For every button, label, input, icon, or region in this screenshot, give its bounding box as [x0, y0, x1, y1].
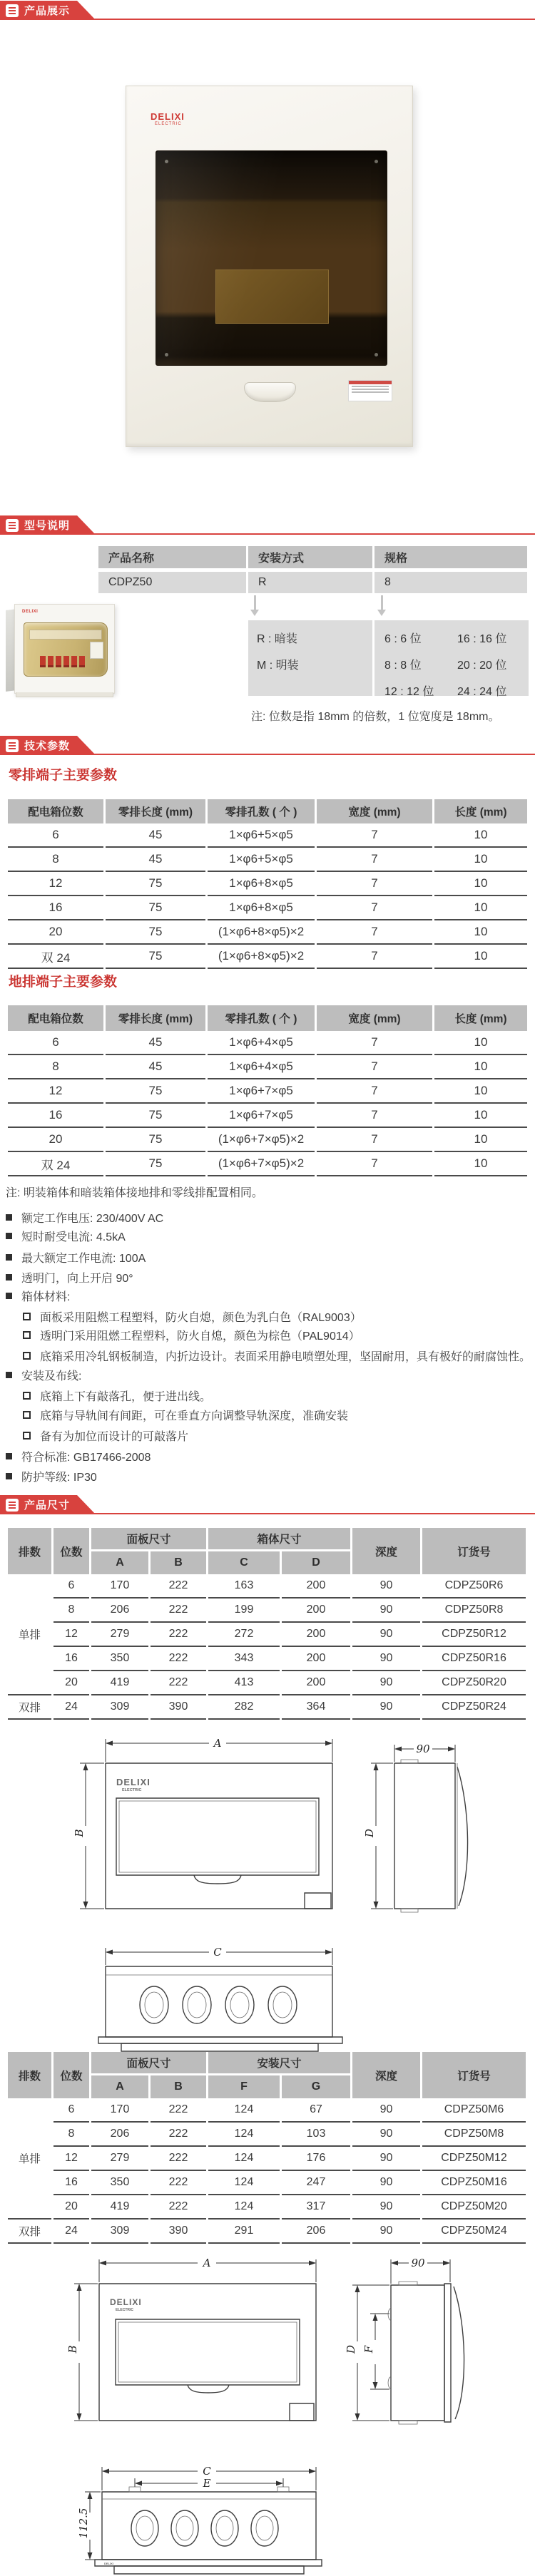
- cell: 7: [317, 1055, 432, 1079]
- list-item-text: 透明门，向上开启 90°: [21, 1269, 133, 1286]
- ground-bar-title: 地排端子主要参数: [9, 971, 117, 990]
- door-handle: [188, 2385, 229, 2393]
- cell: 1×φ6+7×φ5: [208, 1104, 315, 1128]
- table-row: 6451×φ6+5×φ5710: [8, 823, 527, 848]
- cell: 1×φ6+8×φ5: [208, 896, 315, 920]
- cell: 12: [8, 1079, 103, 1104]
- option: 6 : 6 位: [384, 630, 422, 646]
- cell: 103: [282, 2123, 350, 2147]
- cell: (1×φ6+8×φ5)×2: [208, 920, 315, 945]
- table-row: 12751×φ6+7×φ5710: [8, 1079, 527, 1104]
- table-header-row: 产品名称 安装方式 规格: [98, 546, 527, 568]
- cell: CDPZ50M12: [422, 2147, 526, 2171]
- cell: 7: [317, 848, 432, 872]
- table-row: 6451×φ6+4×φ5710: [8, 1031, 527, 1055]
- table-row: 1227922227220090CDPZ50R12: [8, 1623, 526, 1647]
- table-row: 1635022212424790CDPZ50M16: [8, 2171, 526, 2195]
- cell: 222: [151, 2098, 206, 2123]
- door-handle: [194, 1875, 241, 1884]
- brand-logo: DELIXI: [104, 2562, 113, 2565]
- section-header-product-display: 产品展示: [0, 1, 96, 20]
- cell: CDPZ50R8: [422, 1599, 526, 1623]
- model-code-table: 产品名称 安装方式 规格 CDPZ50 R 8: [98, 546, 527, 593]
- option: R : 暗装: [257, 630, 297, 646]
- cell: 10: [434, 1152, 527, 1176]
- cell: 10: [434, 945, 527, 969]
- cell: 206: [282, 2220, 350, 2244]
- option: 16 : 16 位: [457, 630, 506, 646]
- cell: CDPZ50R12: [422, 1623, 526, 1647]
- spec-sticker: [348, 380, 392, 401]
- cell: 413: [208, 1671, 280, 1695]
- list-item-text: 透明门采用阻燃工程塑料，防火自熄，颜色为棕色（PAL9014）: [40, 1327, 360, 1343]
- table-row: CDPZ50 R 8: [98, 572, 527, 593]
- cell: 8: [8, 1055, 103, 1079]
- cell: 20: [53, 1671, 89, 1695]
- header-cell: 位数: [53, 1528, 89, 1574]
- table-row: 820622219920090CDPZ50R8: [8, 1599, 526, 1623]
- cell: 10: [434, 1128, 527, 1152]
- cell: 20: [8, 920, 103, 945]
- header-cell: A: [91, 2075, 148, 2098]
- door-profile-curve: [457, 1767, 468, 1906]
- cell: 7: [317, 1128, 432, 1152]
- cell: CDPZ50M8: [422, 2123, 526, 2147]
- cell: 124: [208, 2171, 280, 2195]
- knockout-hole: [131, 2510, 158, 2546]
- cell: 282: [208, 1695, 280, 1720]
- list-item: 符合标准: GB17466-2008: [6, 1449, 151, 1463]
- square-bullet-icon: [6, 1233, 12, 1239]
- header-cell: C: [208, 1551, 280, 1574]
- cell: 10: [434, 1079, 527, 1104]
- header-cell: 深度: [352, 2052, 420, 2098]
- cell: 12: [8, 872, 103, 896]
- cell: CDPZ50R20: [422, 1671, 526, 1695]
- table-row: 12751×φ6+8×φ5710: [8, 872, 527, 896]
- cell: 12: [53, 1623, 89, 1647]
- cell: 10: [434, 920, 527, 945]
- section-header-dimensions: 产品尺寸: [0, 1495, 96, 1514]
- table-row: 双排2430939028236490CDPZ50R24: [8, 1695, 526, 1720]
- sub-list-item: 底箱与导轨间有间距，可在垂直方向调整导轨深度，准确安装: [23, 1407, 348, 1422]
- zero-bar-title: 零排端子主要参数: [9, 764, 117, 784]
- cell: 222: [151, 2123, 206, 2147]
- option: 8 : 8 位: [384, 656, 422, 672]
- tinted-cover: [24, 622, 108, 677]
- cell: 10: [434, 1031, 527, 1055]
- cell: 24: [53, 2220, 89, 2244]
- table-header-row: 配电箱位数 零排长度 (mm) 零排孔数 ( 个 ) 宽度 (mm) 长度 (m…: [8, 799, 527, 823]
- header-cell: 长度 (mm): [434, 799, 527, 823]
- cell: 279: [91, 1623, 148, 1647]
- cell: 170: [91, 1574, 148, 1599]
- brand-logo-sub: ELECTRIC: [122, 1788, 142, 1792]
- header-cell: 箱体尺寸: [208, 1528, 350, 1551]
- header-cell: G: [282, 2075, 350, 2098]
- section-header-tech-params: 技术参数: [0, 736, 96, 755]
- cell: 7: [317, 896, 432, 920]
- cell: 247: [282, 2171, 350, 2195]
- cell: 7: [317, 1031, 432, 1055]
- document-icon: [6, 739, 19, 752]
- cell: CDPZ50R6: [422, 1574, 526, 1599]
- header-cell: A: [91, 1551, 148, 1574]
- hollow-square-bullet-icon: [23, 1411, 31, 1419]
- cell: 124: [208, 2123, 280, 2147]
- product-detail-page: 产品展示 DELIXI ELECTRIC 型号说明 产品名称 安装方式 规格 C…: [0, 0, 535, 2576]
- cell: 75: [106, 1079, 205, 1104]
- cell: 16: [8, 896, 103, 920]
- cell: 364: [282, 1695, 350, 1720]
- zero-bar-table: 配电箱位数 零排长度 (mm) 零排孔数 ( 个 ) 宽度 (mm) 长度 (m…: [6, 799, 529, 969]
- row-group-label: 双排: [8, 1695, 51, 1720]
- hollow-square-bullet-icon: [23, 1313, 31, 1320]
- list-item: 箱体材料:: [6, 1288, 70, 1303]
- cell: 6: [53, 1574, 89, 1599]
- cell: 90: [352, 2147, 420, 2171]
- sub-list-item: 面板采用阻燃工程塑料，防火自熄，颜色为乳白色（RAL9003）: [23, 1309, 362, 1323]
- sub-list-item: 透明门采用阻燃工程塑料，防火自熄，颜色为棕色（PAL9014）: [23, 1328, 360, 1342]
- cell: CDPZ50M24: [422, 2220, 526, 2244]
- sticker: [90, 642, 103, 659]
- cell: 222: [151, 1574, 206, 1599]
- list-item-text: 额定工作电压: 230/400V AC: [21, 1209, 163, 1226]
- cell: 20: [53, 2195, 89, 2220]
- section-title: 技术参数: [24, 738, 70, 753]
- dim-label-b: B: [73, 1829, 86, 1837]
- cell: 7: [317, 1152, 432, 1176]
- table-header-row: 排数 位数 面板尺寸 安装尺寸 深度 订货号: [8, 2052, 526, 2075]
- cell: 350: [91, 1647, 148, 1671]
- header-cell: 规格: [374, 546, 527, 568]
- header-cell: 零排孔数 ( 个 ): [208, 1005, 315, 1031]
- dim-label-height: 112.5: [77, 2508, 90, 2539]
- cell: 291: [208, 2220, 280, 2244]
- brand-logo-sub: ELECTRIC: [116, 2308, 133, 2312]
- cell: 200: [282, 1647, 350, 1671]
- corner-box: [290, 2403, 314, 2421]
- cell: 279: [91, 2147, 148, 2171]
- knockout-hole: [251, 2510, 278, 2546]
- cell: 222: [151, 2171, 206, 2195]
- table-row: 8451×φ6+4×φ5710: [8, 1055, 527, 1079]
- cell: 390: [151, 1695, 206, 1720]
- square-bullet-icon: [6, 1453, 12, 1459]
- option: 24 : 24 位: [457, 682, 506, 699]
- list-item-text: 底箱与导轨间有间距，可在垂直方向调整导轨深度，准确安装: [40, 1407, 348, 1423]
- list-item-text: 箱体材料:: [21, 1288, 70, 1304]
- section-title: 产品尺寸: [24, 1497, 70, 1512]
- header-cell: 长度 (mm): [434, 1005, 527, 1031]
- cell: 8: [53, 1599, 89, 1623]
- list-item-text: 防护等级: IP30: [21, 1468, 97, 1484]
- header-cell: 零排长度 (mm): [106, 1005, 205, 1031]
- header-cell: 配电箱位数: [8, 1005, 103, 1031]
- cell-product-name: CDPZ50: [98, 572, 246, 593]
- hollow-square-bullet-icon: [23, 1331, 31, 1339]
- cell: 222: [151, 2195, 206, 2220]
- model-note: 注: 位数是指 18mm 的倍数，1 位宽度是 18mm。: [251, 707, 499, 724]
- cell: 10: [434, 1104, 527, 1128]
- cell: 200: [282, 1574, 350, 1599]
- table-row: 2041922241320090CDPZ50R20: [8, 1671, 526, 1695]
- cell: 206: [91, 1599, 148, 1623]
- cell: (1×φ6+8×φ5)×2: [208, 945, 315, 969]
- mounting-tab: [129, 2487, 141, 2492]
- cell: 45: [106, 1055, 205, 1079]
- cell: 7: [317, 945, 432, 969]
- cell: 10: [434, 896, 527, 920]
- cell: 75: [106, 1128, 205, 1152]
- header-cell: B: [151, 1551, 206, 1574]
- dim-label-c: C: [203, 2465, 211, 2478]
- cell: 1×φ6+7×φ5: [208, 1079, 315, 1104]
- table-row: 16751×φ6+8×φ5710: [8, 896, 527, 920]
- technical-drawing-surface: A B DELIXI ELECTRIC 90 D F: [0, 2255, 535, 2576]
- cell: 206: [91, 2123, 148, 2147]
- dim-label-a: A: [202, 2257, 211, 2269]
- dim-label-depth: 90: [416, 1743, 430, 1755]
- box-bottom-lip: [16, 692, 113, 697]
- option: M : 明装: [257, 656, 299, 672]
- header-cell: 宽度 (mm): [317, 799, 432, 823]
- cell: 1×φ6+5×φ5: [208, 848, 315, 872]
- cell: 75: [106, 896, 205, 920]
- list-item-text: 备有为加位而设计的可敲落片: [40, 1427, 188, 1444]
- knockout-hole: [211, 2510, 238, 2546]
- cell: 16: [8, 1104, 103, 1128]
- smoked-transparent-door: [156, 150, 387, 366]
- square-bullet-icon: [6, 1254, 12, 1261]
- cell: 90: [352, 1647, 420, 1671]
- dim-label-d: D: [345, 2345, 357, 2354]
- cell: 200: [282, 1623, 350, 1647]
- row-group-label: 双排: [8, 2220, 51, 2244]
- side-view: 90 D: [363, 1743, 468, 1912]
- cell: 45: [106, 848, 205, 872]
- cell: 200: [282, 1671, 350, 1695]
- hollow-square-bullet-icon: [23, 1392, 31, 1400]
- section-title: 产品展示: [24, 3, 70, 18]
- header-cell: 排数: [8, 1528, 51, 1574]
- table-row: 16751×φ6+7×φ5710: [8, 1104, 527, 1128]
- cell: 309: [91, 1695, 148, 1720]
- corner-box: [305, 1893, 331, 1909]
- header-cell: 零排孔数 ( 个 ): [208, 799, 315, 823]
- list-item-text: 底箱上下有敲落孔，便于进出线。: [40, 1387, 211, 1404]
- table-header-row: 排数 位数 面板尺寸 箱体尺寸 深度 订货号: [8, 1528, 526, 1551]
- cell: 90: [352, 2195, 420, 2220]
- row-group-label: 单排: [8, 2098, 51, 2220]
- cell: 10: [434, 823, 527, 848]
- cell: 309: [91, 2220, 148, 2244]
- header-cell: 安装方式: [248, 546, 372, 568]
- cell: 6: [8, 1031, 103, 1055]
- cell: 390: [151, 2220, 206, 2244]
- cell: 90: [352, 1695, 420, 1720]
- table-row: 2075(1×φ6+8×φ5)×2710: [8, 920, 527, 945]
- cell: CDPZ50R16: [422, 1647, 526, 1671]
- cell: 90: [352, 1623, 420, 1647]
- mounting-tab: [277, 2487, 289, 2492]
- door-profile-curve: [454, 2287, 464, 2419]
- cell: 10: [434, 872, 527, 896]
- install-type-options: R : 暗装 M : 明装: [248, 620, 372, 696]
- square-bullet-icon: [6, 1473, 12, 1479]
- table-row: 8451×φ6+5×φ5710: [8, 848, 527, 872]
- sub-list-item: 底箱上下有敲落孔，便于进出线。: [23, 1388, 211, 1402]
- list-item-text: 最大额定工作电流: 100A: [21, 1249, 146, 1266]
- header-cell: 位数: [53, 2052, 89, 2098]
- header-cell: 配电箱位数: [8, 799, 103, 823]
- cell: 124: [208, 2147, 280, 2171]
- table-row: 双排2430939029120690CDPZ50M24: [8, 2220, 526, 2244]
- header-cell: 面板尺寸: [91, 2052, 206, 2075]
- cell: 90: [352, 2171, 420, 2195]
- header-cell: D: [282, 1551, 350, 1574]
- breaker-row: [40, 656, 85, 667]
- list-item-text: 短时耐受电流: 4.5kA: [21, 1228, 126, 1244]
- header-cell: 深度: [352, 1528, 420, 1574]
- brand-logo: DELIXI: [22, 610, 38, 614]
- header-cell: 零排长度 (mm): [106, 799, 205, 823]
- tech-note: 注: 明装箱体和暗装箱体接地排和零线排配置相同。: [6, 1184, 263, 1200]
- cell: 16: [53, 1647, 89, 1671]
- table-row: 双 2475(1×φ6+8×φ5)×2710: [8, 945, 527, 969]
- dim-label-depth: 90: [411, 2257, 425, 2269]
- product-photo: DELIXI ELECTRIC: [126, 86, 413, 447]
- cell: 16: [53, 2171, 89, 2195]
- dim-label-a: A: [213, 1737, 222, 1750]
- dim-label-d: D: [363, 1829, 376, 1838]
- brand-logo: DELIXI: [110, 2297, 142, 2307]
- cell: CDPZ50M20: [422, 2195, 526, 2220]
- cell: 双 24: [8, 945, 103, 969]
- cell: 1×φ6+4×φ5: [208, 1031, 315, 1055]
- list-item: 透明门，向上开启 90°: [6, 1270, 133, 1284]
- side-view: 90 D F: [345, 2257, 464, 2424]
- table-row: 单排61702221246790CDPZ50M6: [8, 2098, 526, 2123]
- table-row: 单排617022216320090CDPZ50R6: [8, 1574, 526, 1599]
- cell: CDPZ50M6: [422, 2098, 526, 2123]
- header-cell: 宽度 (mm): [317, 1005, 432, 1031]
- list-item-text: 底箱采用冷轧钢板制造，内折边设计。表面采用静电喷塑处理，坚固耐用，具有极好的耐腐…: [40, 1348, 531, 1364]
- door-window: [215, 270, 329, 324]
- square-bullet-icon: [6, 1293, 12, 1299]
- cell: 124: [208, 2098, 280, 2123]
- cell: 双 24: [8, 1152, 103, 1176]
- cell: 12: [53, 2147, 89, 2171]
- brand-logo: DELIXI: [116, 1777, 151, 1787]
- cell: 176: [282, 2147, 350, 2171]
- cell: 1×φ6+4×φ5: [208, 1055, 315, 1079]
- document-icon: [6, 519, 19, 532]
- cell: 222: [151, 1623, 206, 1647]
- cell: 317: [282, 2195, 350, 2220]
- product-thumbnail: DELIXI: [6, 604, 114, 701]
- header-cell: F: [208, 2075, 280, 2098]
- cell: 75: [106, 945, 205, 969]
- dim-label-b: B: [66, 2345, 79, 2354]
- box-front-face: DELIXI: [14, 604, 115, 694]
- down-arrow-icon: [381, 595, 383, 610]
- cell: 45: [106, 1031, 205, 1055]
- cell: CDPZ50R24: [422, 1695, 526, 1720]
- cell: 90: [352, 2220, 420, 2244]
- cell: 8: [8, 848, 103, 872]
- cell: 24: [53, 1695, 89, 1720]
- dim-label-f: F: [362, 2345, 375, 2354]
- cell: 7: [317, 1104, 432, 1128]
- cell: 90: [352, 2123, 420, 2147]
- list-item: 短时耐受电流: 4.5kA: [6, 1228, 126, 1243]
- cell: CDPZ50M16: [422, 2171, 526, 2195]
- technical-drawing-flush: A B DELIXI ELECTRIC 90 D: [0, 1733, 535, 2053]
- header-cell: 产品名称: [98, 546, 246, 568]
- section-title: 型号说明: [24, 518, 70, 533]
- sub-list-item: 底箱采用冷轧钢板制造，内折边设计。表面采用静电喷塑处理，坚固耐用，具有极好的耐腐…: [23, 1348, 531, 1363]
- cell: 222: [151, 1599, 206, 1623]
- cell: 90: [352, 2098, 420, 2123]
- header-cell: 面板尺寸: [91, 1528, 206, 1551]
- sub-list-item: 备有为加位而设计的可敲落片: [23, 1428, 188, 1442]
- brand-logo: DELIXI: [151, 112, 185, 121]
- option: 12 : 12 位: [384, 682, 434, 699]
- door-handle: [244, 382, 296, 402]
- document-icon: [6, 4, 19, 17]
- cell: (1×φ6+7×φ5)×2: [208, 1152, 315, 1176]
- header-cell: B: [151, 2075, 206, 2098]
- ground-bar-table: 配电箱位数 零排长度 (mm) 零排孔数 ( 个 ) 宽度 (mm) 长度 (m…: [6, 1005, 529, 1176]
- cell: 75: [106, 1104, 205, 1128]
- cell: 272: [208, 1623, 280, 1647]
- brand-logo-sub: ELECTRIC: [155, 122, 182, 126]
- dim-label-e: E: [203, 2477, 211, 2490]
- list-item: 防护等级: IP30: [6, 1469, 97, 1483]
- table-row: 820622212410390CDPZ50M8: [8, 2123, 526, 2147]
- cell: 170: [91, 2098, 148, 2123]
- cell: 222: [151, 2147, 206, 2171]
- top-view: C E 112.5 DELIXI: [77, 2465, 322, 2574]
- row-group-label: 单排: [8, 1574, 51, 1695]
- square-bullet-icon: [6, 1214, 12, 1221]
- table-row: 双 2475(1×φ6+7×φ5)×2710: [8, 1152, 527, 1176]
- cell: 20: [8, 1128, 103, 1152]
- cell: 124: [208, 2195, 280, 2220]
- table-row: 1635022234320090CDPZ50R16: [8, 1647, 526, 1671]
- top-view: C: [98, 1946, 342, 2051]
- dimensions-table-surface: 排数 位数 面板尺寸 安装尺寸 深度 订货号 A B F G 单排6170222…: [6, 2052, 528, 2244]
- cell: 7: [317, 1079, 432, 1104]
- cell: 10: [434, 1055, 527, 1079]
- cell: 7: [317, 823, 432, 848]
- cell: 419: [91, 1671, 148, 1695]
- section-header-model-description: 型号说明: [0, 515, 96, 535]
- cell: 343: [208, 1647, 280, 1671]
- table-header-row: 配电箱位数 零排长度 (mm) 零排孔数 ( 个 ) 宽度 (mm) 长度 (m…: [8, 1005, 527, 1031]
- square-bullet-icon: [6, 1372, 12, 1378]
- list-item: 最大额定工作电流: 100A: [6, 1250, 146, 1264]
- list-item-text: 面板采用阻燃工程塑料，防火自熄，颜色为乳白色（RAL9003）: [40, 1308, 362, 1325]
- table-row: 2075(1×φ6+7×φ5)×2710: [8, 1128, 527, 1152]
- front-view: A B DELIXI ELECTRIC: [73, 1737, 332, 1909]
- table-row: 2041922212431790CDPZ50M20: [8, 2195, 526, 2220]
- cell: 6: [8, 823, 103, 848]
- cell: 75: [106, 1152, 205, 1176]
- hollow-square-bullet-icon: [23, 1432, 31, 1440]
- cell: (1×φ6+7×φ5)×2: [208, 1128, 315, 1152]
